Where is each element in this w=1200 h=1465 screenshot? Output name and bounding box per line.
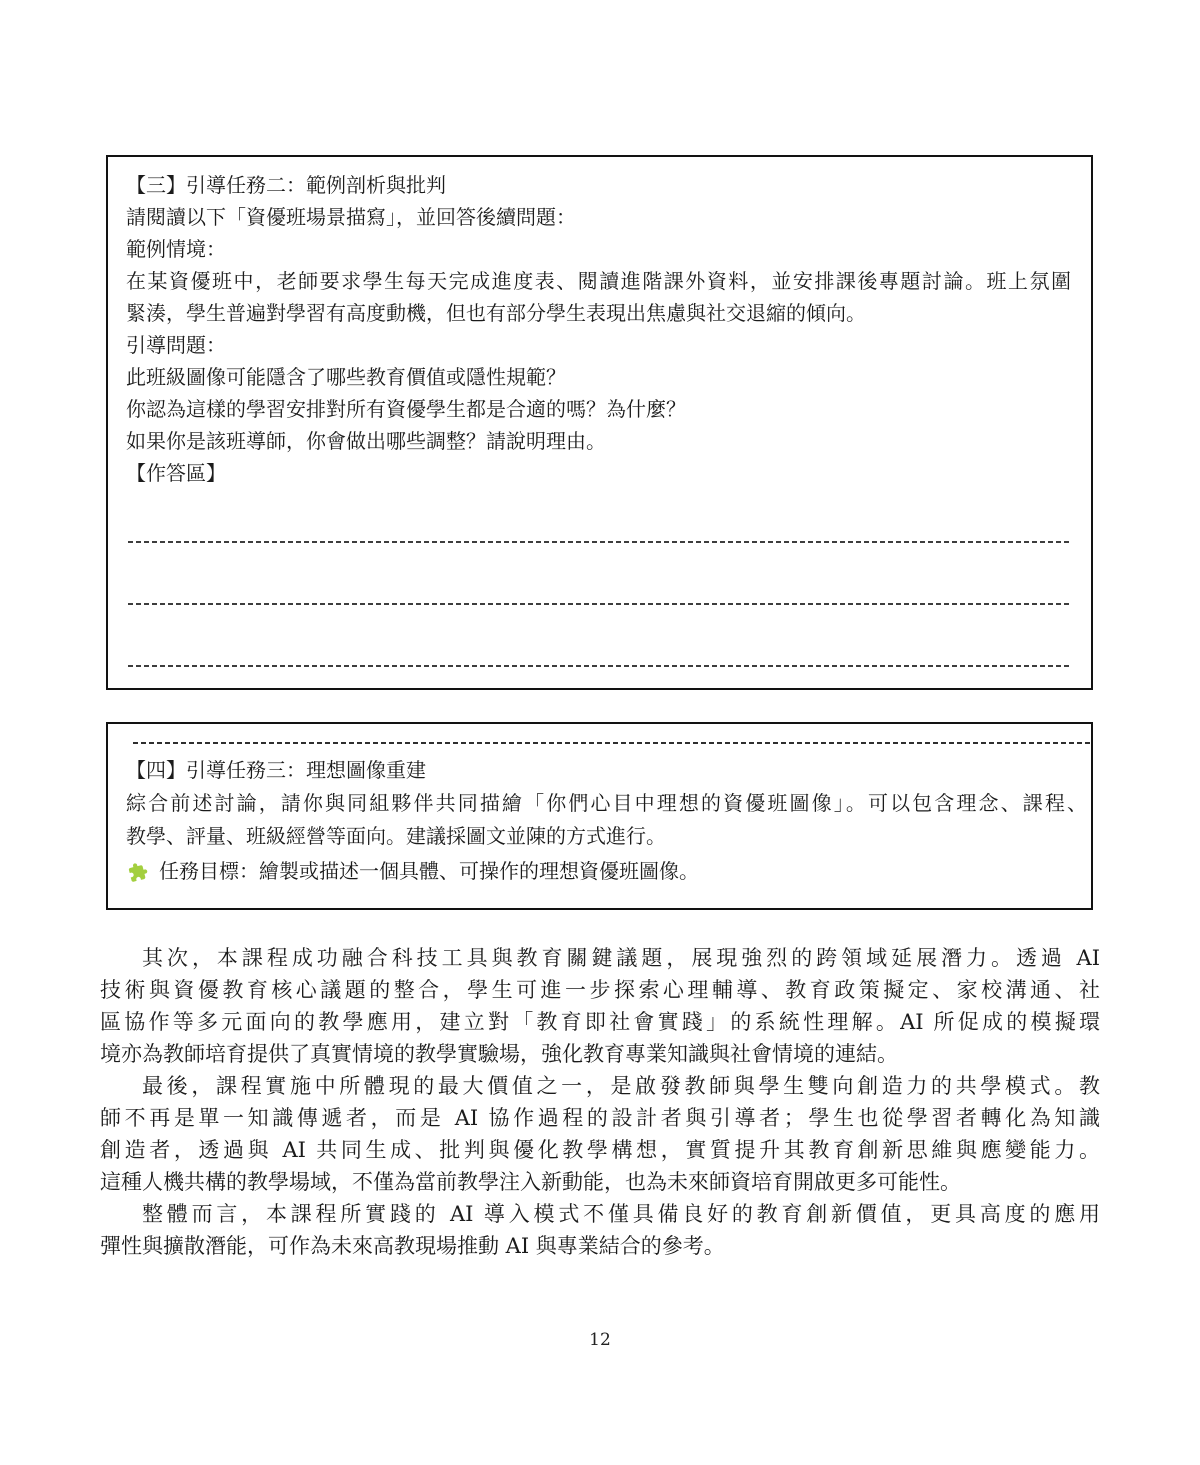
task2-box: 【三】引導任務二：範例剖析與批判請閱讀以下「資優班場景描寫」，並回答後續問題：範… (106, 155, 1093, 690)
text-line: 【作答區】 (126, 457, 1071, 489)
text-line: 引導問題： (126, 329, 1071, 361)
text-line: 緊湊，學生普遍對學習有高度動機，但也有部分學生表現出焦慮與社交退縮的傾向。 (126, 297, 1071, 329)
paragraph-line: 最後，課程實施中所體現的最大價值之一，是啟發教師與學生雙向創造力的共學模式。教 (100, 1070, 1100, 1102)
paragraph: 其次，本課程成功融合科技工具與教育關鍵議題，展現強烈的跨領域延展潛力。透過 AI… (100, 942, 1100, 1070)
text-line: 如果你是該班導師，你會做出哪些調整？請說明理由。 (126, 425, 1071, 457)
text-line: 在某資優班中，老師要求學生每天完成進度表、閱讀進階課外資料，並安排課後專題討論。… (126, 265, 1071, 297)
text-line: 此班級圖像可能隱含了哪些教育價值或隱性規範？ (126, 361, 1071, 393)
paragraph-line: 師不再是單一知識傳遞者，而是 AI 協作過程的設計者與引導者；學生也從學習者轉化… (100, 1102, 1100, 1134)
answer-dashed-line (128, 603, 1069, 605)
body-paragraphs: 其次，本課程成功融合科技工具與教育關鍵議題，展現強烈的跨領域延展潛力。透過 AI… (100, 942, 1100, 1262)
paragraph-line: 這種人機共構的教學場域，不僅為當前教學注入新動能，也為未來師資培育開啟更多可能性… (100, 1166, 1100, 1198)
text-line: 請閱讀以下「資優班場景描寫」，並回答後續問題： (126, 201, 1071, 233)
document-page: 【三】引導任務二：範例剖析與批判請閱讀以下「資優班場景描寫」，並回答後續問題：範… (0, 0, 1200, 1465)
paragraph: 整體而言，本課程所實踐的 AI 導入模式不僅具備良好的教育創新價值，更具高度的應… (100, 1198, 1100, 1262)
puzzle-bullet-icon (128, 862, 148, 882)
text-line: 【三】引導任務二：範例剖析與批判 (126, 169, 1071, 201)
paragraph: 最後，課程實施中所體現的最大價值之一，是啟發教師與學生雙向創造力的共學模式。教師… (100, 1070, 1100, 1198)
task3-text-block: 【四】引導任務三：理想圖像重建綜合前述討論，請你與同組夥伴共同描繪「你們心目中理… (108, 754, 1091, 853)
answer-dashed-line (128, 541, 1069, 543)
page-number: 12 (0, 1330, 1200, 1350)
paragraph-line: 創造者，透過與 AI 共同生成、批判與優化教學構想，實質提升其教育創新思維與應變… (100, 1134, 1100, 1166)
paragraph-line: 彈性與擴散潛能，可作為未來高教現場推動 AI 與專業結合的參考。 (100, 1230, 1100, 1262)
text-line: 你認為這樣的學習安排對所有資優學生都是合適的嗎？為什麼？ (126, 393, 1071, 425)
separator-dashed-line (133, 742, 1091, 744)
text-line: 綜合前述討論，請你與同組夥伴共同描繪「你們心目中理想的資優班圖像」。可以包含理念… (126, 787, 1087, 820)
task2-text-block: 【三】引導任務二：範例剖析與批判請閱讀以下「資優班場景描寫」，並回答後續問題：範… (126, 169, 1071, 489)
paragraph-line: 區協作等多元面向的教學應用，建立對「教育即社會實踐」的系統性理解。AI 所促成的… (100, 1006, 1100, 1038)
text-line: 教學、評量、班級經營等面向。建議採圖文並陳的方式進行。 (126, 820, 1087, 853)
paragraph-line: 整體而言，本課程所實踐的 AI 導入模式不僅具備良好的教育創新價值，更具高度的應… (100, 1198, 1100, 1230)
task2-answer-area (128, 541, 1069, 667)
text-line: 範例情境： (126, 233, 1071, 265)
task3-goal-text: 任務目標：繪製或描述一個具體、可操作的理想資優班圖像。 (159, 855, 699, 888)
paragraph-line: 技術與資優教育核心議題的整合，學生可進一步探索心理輔導、教育政策擬定、家校溝通、… (100, 974, 1100, 1006)
paragraph-line: 其次，本課程成功融合科技工具與教育關鍵議題，展現強烈的跨領域延展潛力。透過 AI (100, 942, 1100, 974)
task3-box: 【四】引導任務三：理想圖像重建綜合前述討論，請你與同組夥伴共同描繪「你們心目中理… (106, 722, 1093, 910)
answer-dashed-line (128, 665, 1069, 667)
text-line: 【四】引導任務三：理想圖像重建 (126, 754, 1087, 787)
paragraph-line: 境亦為教師培育提供了真實情境的教學實驗場，強化教育專業知識與社會情境的連結。 (100, 1038, 1100, 1070)
task3-goal-line: 任務目標：繪製或描述一個具體、可操作的理想資優班圖像。 (128, 855, 1091, 888)
